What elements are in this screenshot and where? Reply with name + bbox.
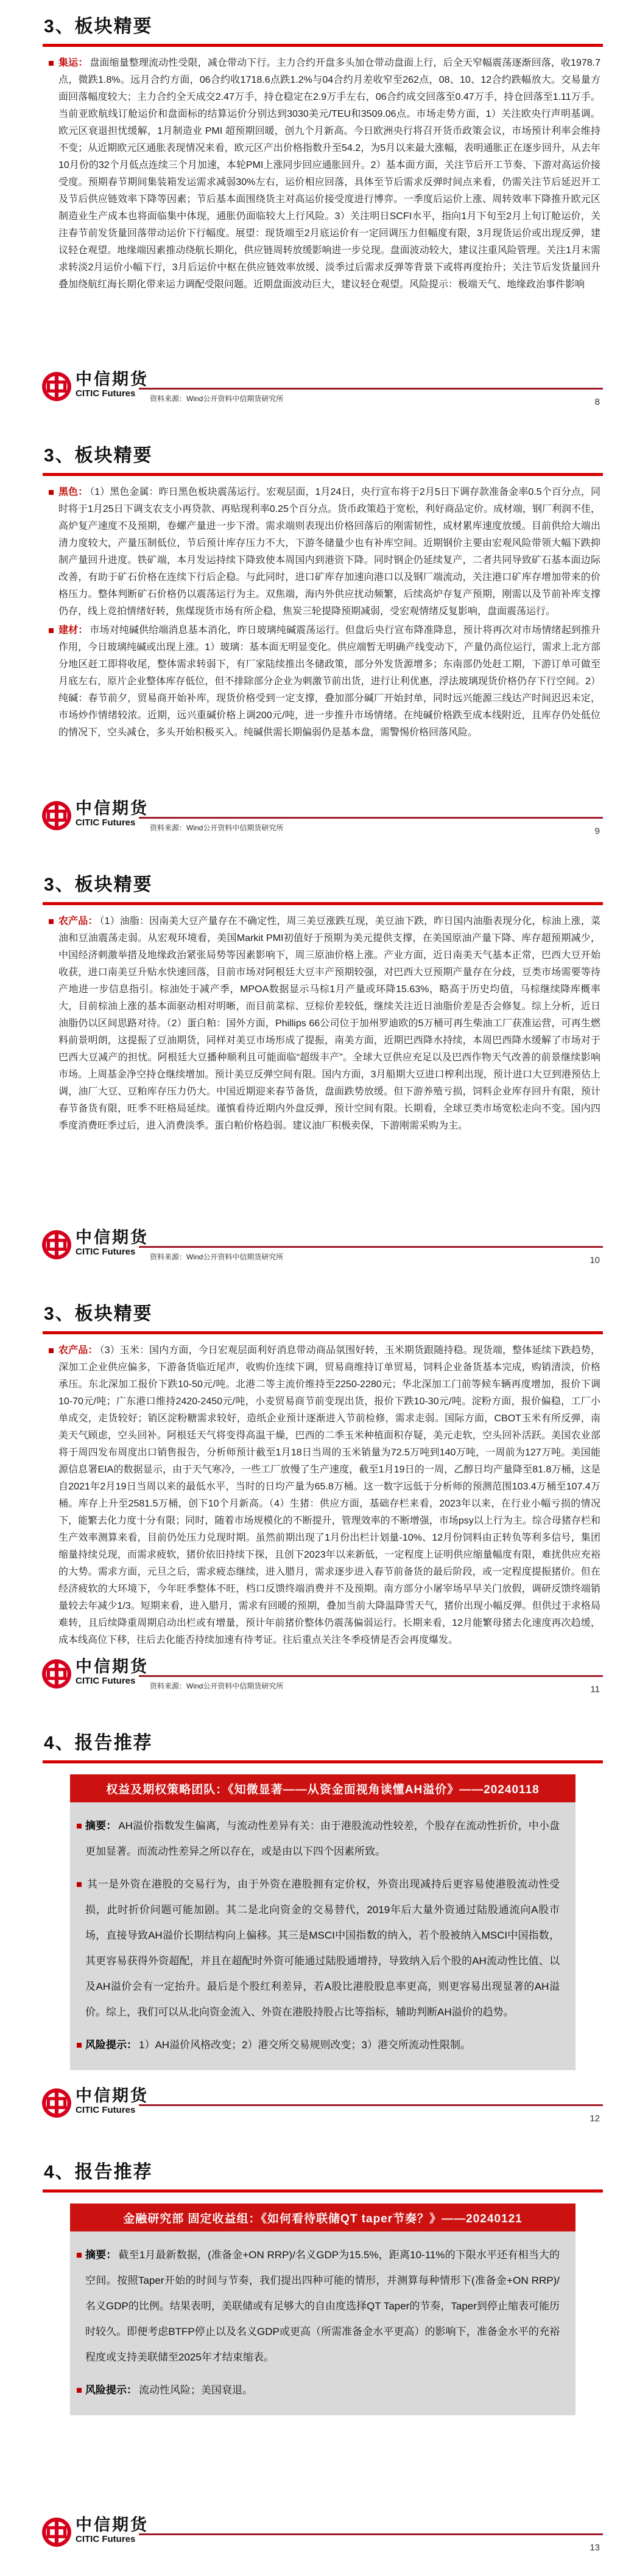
source-note: 资料来源：Wind公开资料中信期货研究所 — [150, 1681, 283, 1691]
report-summary-box: 摘要：AH溢价指数发生偏离，与流动性差异有关：由于港股流动性较差，个股存在流动性… — [70, 1802, 575, 2070]
report-risk-note: 风险提示：流动性风险；美国衰退。 — [77, 2378, 560, 2403]
page-footer: 中信期货 CITIC Futures 13 — [0, 2516, 623, 2572]
abstract-label: 摘要： — [85, 2249, 116, 2261]
brief-bullet: 黑色：（1）黑色金属：昨日黑色板块震荡运行。宏观层面，1月24日，央行宣布将于2… — [49, 484, 600, 620]
bullet-text: 市场对纯碱供给端消息基本消化，昨日玻璃纯碱震荡运行。但盘后央行宣布降准降息，预计… — [58, 625, 600, 738]
source-note: 资料来源：Wind公开资料中信期货研究所 — [150, 393, 283, 404]
report-summary-box: 摘要：截至1月最新数据，(准备金+ON RRP)/名义GDP为15.5%，距离1… — [70, 2231, 575, 2415]
briefs-content: 集运：盘面缩量整理流动性受限，减仓带动下行。主力合约开盘多头加仓带动盘面上行，后… — [49, 55, 600, 295]
brand-block: 中信期货 CITIC Futures — [76, 370, 149, 399]
page-number: 10 — [590, 1255, 600, 1265]
briefs-content: 农产品：（3）玉米：国内方面，今日宏观层面利好消息带动商品氛围好转，玉米期货跟随… — [49, 1342, 600, 1651]
brand-name-cn: 中信期货 — [76, 2516, 149, 2534]
bullet-text: （3）玉米：国内方面，今日宏观层面利好消息带动商品氛围好转，玉米期货跟随持稳。现… — [58, 1345, 600, 1645]
footer-rule — [139, 817, 603, 819]
brand-name-en: CITIC Futures — [76, 2105, 149, 2116]
citic-logo-icon — [41, 1230, 72, 1260]
page-number: 9 — [595, 826, 600, 836]
bullet-square-icon — [77, 1824, 82, 1829]
bullet-label: 农产品： — [58, 1345, 97, 1356]
page-title: 3、板块精要 — [44, 1298, 153, 1325]
brief-bullet: 集运：盘面缩量整理流动性受限，减仓带动下行。主力合约开盘多头加仓带动盘面上行，后… — [49, 55, 600, 293]
citic-logo-icon — [41, 2517, 72, 2547]
abstract-text: 其一是外资在港股的交易行为，由于外资在港股拥有定价权，外资出现减持后更容易使港股… — [85, 1878, 560, 2018]
risk-text: 1）AH溢价风格改变；2）港交所交易规则改变；3）港交所流动性限制。 — [139, 2039, 471, 2051]
slide-page-12: 4、报告推荐 权益及期权策略团队：《知微显著——从资金面视角读懂AH溢价》——2… — [0, 1717, 623, 2146]
bullet-square-icon — [77, 1882, 82, 1887]
citic-logo-icon — [41, 1659, 72, 1689]
report-abstract-continued: 其一是外资在港股的交易行为，由于外资在港股拥有定价权，外资出现减持后更容易使港股… — [77, 1872, 560, 2025]
risk-label: 风险提示： — [85, 2384, 137, 2396]
bullet-label: 建材： — [58, 625, 88, 635]
bullet-label: 农产品： — [58, 916, 97, 926]
report-block: 权益及期权策略团队：《知微显著——从资金面视角读懂AH溢价》——20240118… — [70, 1774, 575, 2070]
bullet-square-icon — [49, 490, 54, 495]
brand-name-cn: 中信期货 — [76, 370, 149, 388]
brand-block: 中信期货 CITIC Futures — [76, 2516, 149, 2545]
footer-rule — [139, 388, 603, 390]
bullet-text: （1）黑色金属：昨日黑色板块震荡运行。宏观层面，1月24日，央行宣布将于2月5日… — [58, 487, 600, 617]
bullet-square-icon — [77, 2043, 82, 2048]
title-rule — [43, 1331, 603, 1334]
risk-label: 风险提示： — [85, 2039, 137, 2051]
abstract-text: AH溢价指数发生偏离，与流动性差异有关：由于港股流动性较差，个股存在流动性折价，… — [85, 1820, 560, 1857]
briefs-content: 农产品：（1）油脂：因南美大豆产量存在不确定性，周三美豆涨跌互现，美豆油下跌，昨… — [49, 913, 600, 1136]
bullet-square-icon — [77, 2253, 82, 2258]
bullet-square-icon — [77, 2388, 82, 2393]
brand-block: 中信期货 CITIC Futures — [76, 2087, 149, 2116]
footer-rule — [139, 1246, 603, 1248]
brand-name-cn: 中信期货 — [76, 799, 149, 817]
slide-page-13: 4、报告推荐 金融研究部 固定收益组：《如何看待联储QT taper节奏？》——… — [0, 2146, 623, 2576]
page-footer: 中信期货 CITIC Futures 资料来源：Wind公开资料中信期货研究所 … — [0, 1657, 623, 1713]
page-title: 3、板块精要 — [44, 440, 153, 467]
report-banner: 权益及期权策略团队：《知微显著——从资金面视角读懂AH溢价》——20240118 — [70, 1774, 575, 1802]
bullet-square-icon — [49, 61, 54, 66]
title-rule — [43, 2189, 603, 2193]
abstract-text: 截至1月最新数据，(准备金+ON RRP)/名义GDP为15.5%，距离10-1… — [85, 2249, 560, 2363]
brand-name-en: CITIC Futures — [76, 1676, 149, 1687]
source-note: 资料来源：Wind公开资料中信期货研究所 — [150, 1251, 283, 1262]
bullet-square-icon — [49, 628, 54, 633]
slide-page-10: 3、板块精要 农产品：（1）油脂：因南美大豆产量存在不确定性，周三美豆涨跌互现，… — [0, 858, 623, 1287]
title-rule — [43, 902, 603, 905]
bullet-label: 黑色： — [58, 487, 88, 497]
bullet-square-icon — [49, 1348, 54, 1353]
page-footer: 中信期货 CITIC Futures 资料来源：Wind公开资料中信期货研究所 … — [0, 1228, 623, 1284]
title-rule — [43, 473, 603, 476]
source-note: 资料来源：Wind公开资料中信期货研究所 — [150, 822, 283, 833]
report-abstract: 摘要：AH溢价指数发生偏离，与流动性差异有关：由于港股流动性较差，个股存在流动性… — [77, 1813, 560, 1864]
report-banner: 金融研究部 固定收益组：《如何看待联储QT taper节奏？》——2024012… — [70, 2203, 575, 2231]
brand-name-en: CITIC Futures — [76, 2534, 149, 2545]
risk-text: 流动性风险；美国衰退。 — [139, 2384, 253, 2396]
page-title: 4、报告推荐 — [44, 2157, 153, 2183]
bullet-label: 集运： — [58, 58, 88, 68]
citic-logo-icon — [41, 371, 72, 402]
citic-logo-icon — [41, 2088, 72, 2118]
brand-block: 中信期货 CITIC Futures — [76, 1657, 149, 1687]
bullet-square-icon — [49, 919, 54, 924]
brand-name-en: CITIC Futures — [76, 1247, 149, 1258]
report-abstract: 摘要：截至1月最新数据，(准备金+ON RRP)/名义GDP为15.5%，距离1… — [77, 2242, 560, 2370]
report-risk-note: 风险提示：1）AH溢价风格改变；2）港交所交易规则改变；3）港交所流动性限制。 — [77, 2032, 560, 2058]
brand-name-cn: 中信期货 — [76, 1228, 149, 1247]
brand-name-en: CITIC Futures — [76, 388, 149, 399]
brand-block: 中信期货 CITIC Futures — [76, 799, 149, 828]
brief-bullet: 农产品：（1）油脂：因南美大豆产量存在不确定性，周三美豆涨跌互现，美豆油下跌，昨… — [49, 913, 600, 1135]
page-title: 4、报告推荐 — [44, 1727, 153, 1754]
slide-page-11: 3、板块精要 农产品：（3）玉米：国内方面，今日宏观层面利好消息带动商品氛围好转… — [0, 1287, 623, 1717]
footer-rule — [139, 2533, 603, 2535]
page-footer: 中信期货 CITIC Futures 12 — [0, 2087, 623, 2143]
brand-name-cn: 中信期货 — [76, 1657, 149, 1676]
title-rule — [43, 1760, 603, 1763]
page-footer: 中信期货 CITIC Futures 资料来源：Wind公开资料中信期货研究所 … — [0, 370, 623, 426]
brand-name-cn: 中信期货 — [76, 2087, 149, 2105]
page-number: 8 — [595, 397, 600, 407]
bullet-text: 盘面缩量整理流动性受限，减仓带动下行。主力合约开盘多头加仓带动盘面上行，后全天窄… — [58, 58, 600, 290]
page-title: 3、板块精要 — [44, 11, 153, 38]
title-rule — [43, 44, 603, 47]
report-block: 金融研究部 固定收益组：《如何看待联储QT taper节奏？》——2024012… — [70, 2203, 575, 2415]
bullet-text: （1）油脂：因南美大豆产量存在不确定性，周三美豆涨跌互现，美豆油下跌，昨日国内油… — [58, 916, 600, 1131]
page-footer: 中信期货 CITIC Futures 资料来源：Wind公开资料中信期货研究所 … — [0, 799, 623, 855]
brand-block: 中信期货 CITIC Futures — [76, 1228, 149, 1258]
brand-name-en: CITIC Futures — [76, 817, 149, 828]
citic-logo-icon — [41, 800, 72, 831]
brief-bullet: 农产品：（3）玉米：国内方面，今日宏观层面利好消息带动商品氛围好转，玉米期货跟随… — [49, 1342, 600, 1649]
abstract-label: 摘要： — [85, 1820, 116, 1832]
page-number: 12 — [590, 2113, 600, 2124]
brief-bullet: 建材：市场对纯碱供给端消息基本消化，昨日玻璃纯碱震荡运行。但盘后央行宣布降准降息… — [49, 622, 600, 741]
page-title: 3、板块精要 — [44, 869, 153, 896]
footer-rule — [139, 2104, 603, 2106]
slide-page-9: 3、板块精要 黑色：（1）黑色金属：昨日黑色板块震荡运行。宏观层面，1月24日，… — [0, 429, 623, 858]
briefs-content: 黑色：（1）黑色金属：昨日黑色板块震荡运行。宏观层面，1月24日，央行宣布将于2… — [49, 484, 600, 743]
slide-page-8: 3、板块精要 集运：盘面缩量整理流动性受限，减仓带动下行。主力合约开盘多头加仓带… — [0, 0, 623, 429]
page-number: 13 — [590, 2543, 600, 2553]
footer-rule — [139, 1675, 603, 1677]
page-number: 11 — [590, 1684, 600, 1695]
